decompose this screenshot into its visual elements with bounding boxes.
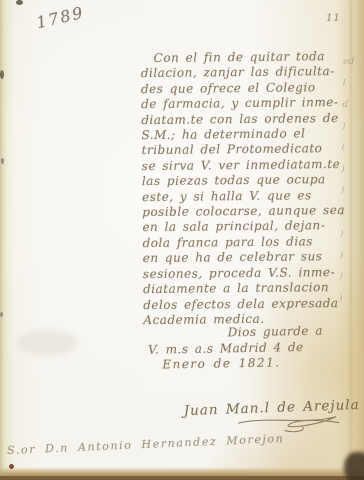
ink-speck (9, 464, 14, 469)
body-line: diatam.te con las ordenes de (141, 111, 347, 129)
ink-speck (0, 70, 4, 79)
paper-smudge (18, 330, 78, 356)
verso-bleedthrough-marks: ed l d ) ( ) ) ) ) ) ) ) (339, 52, 363, 310)
folio-number: 11 (326, 13, 341, 24)
addressee-line: S.or D.n Antonio Hernandez Morejon (7, 432, 285, 457)
closing-line: Enero de 1821. (142, 354, 352, 373)
body-line: de farmacia, y cumplir inme- (141, 95, 347, 113)
body-line: en que ha de celebrar sus (143, 249, 349, 267)
body-line: dilacion, zanjar las dificulta- (141, 64, 347, 82)
body-line: en la sala principal, dejan- (142, 218, 348, 236)
manuscript-page: 1789 11 Con el fin de quitar toda dilaci… (0, 0, 364, 480)
letter-closing: Dios guarde a V. m.s a.s Madrid 4 de Ene… (142, 323, 353, 373)
letter-body: Con el fin de quitar toda dilacion, zanj… (141, 49, 350, 328)
ink-speck (16, 0, 23, 5)
ink-speck (0, 312, 3, 317)
body-line: diatamente a la translacion (143, 280, 349, 298)
ink-speck (1, 158, 4, 164)
signature-block: Juan Man.l de Arejula (183, 397, 360, 437)
archival-number: 1789 (34, 3, 86, 32)
body-line: las piezas todas que ocupa (142, 172, 348, 190)
body-line: delos efectos dela expresada (143, 295, 349, 313)
bottom-right-stain (344, 452, 364, 480)
bottom-edge-shadow (0, 476, 364, 480)
